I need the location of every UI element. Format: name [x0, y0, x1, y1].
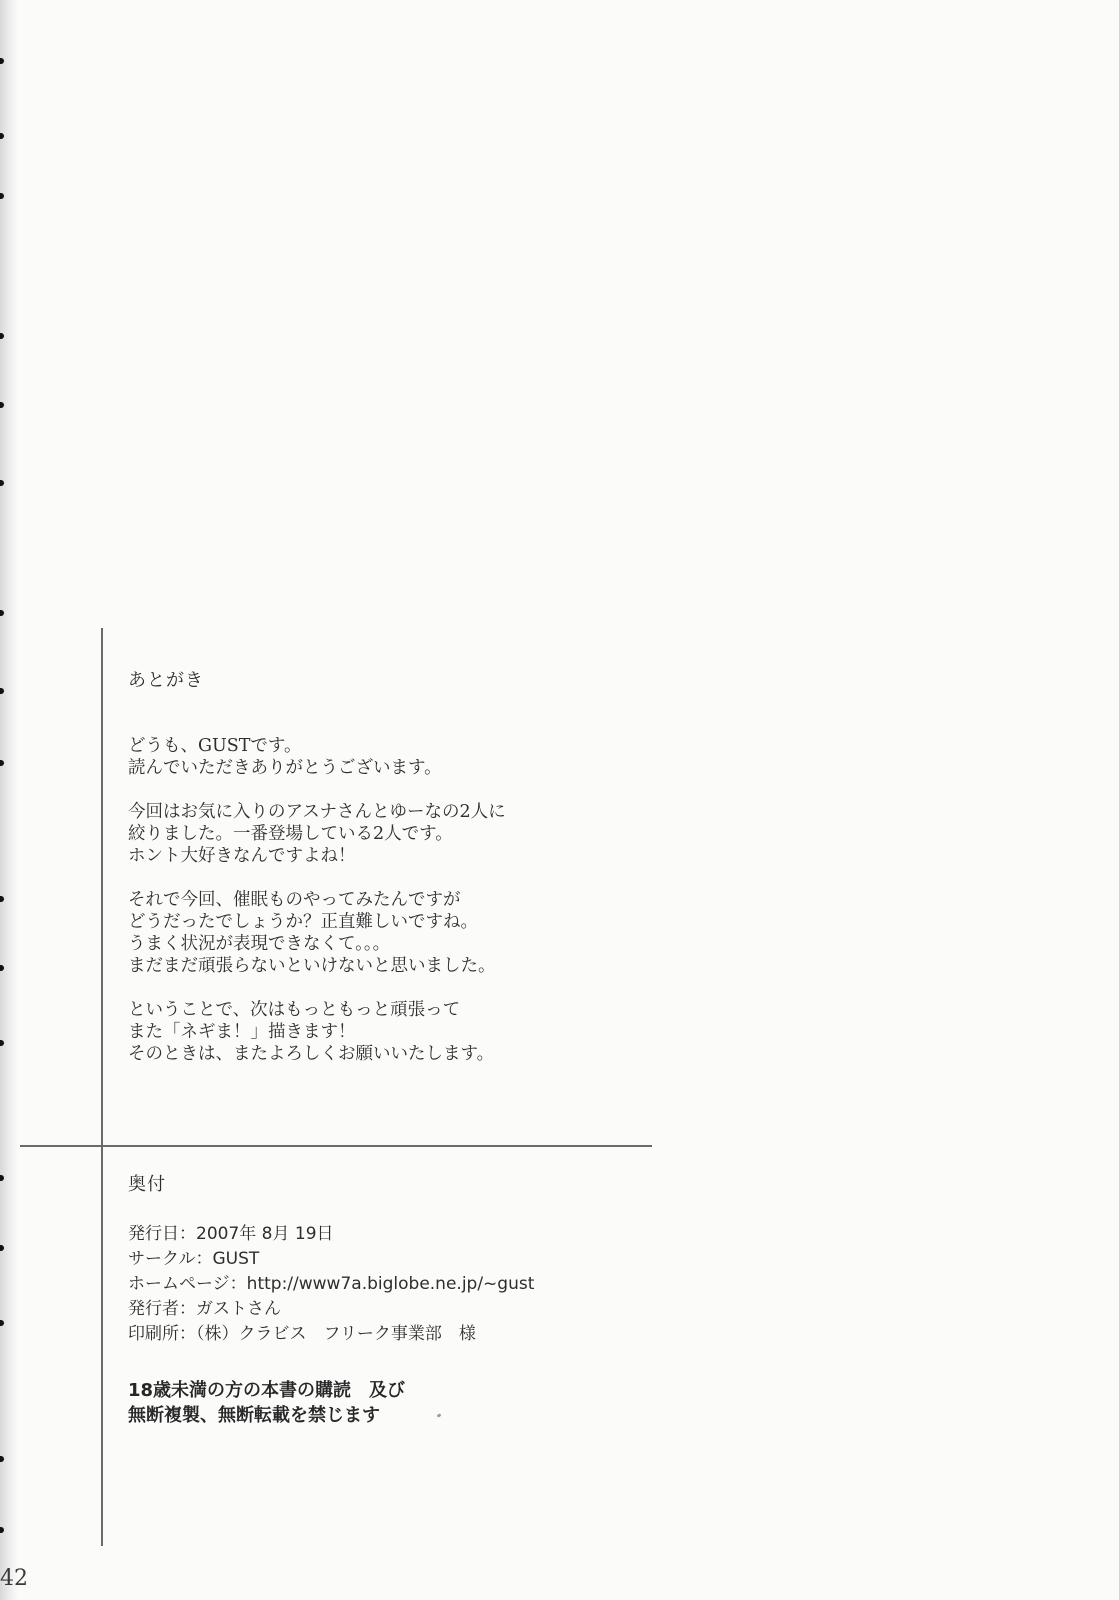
text-line: 絞りました。一番登場している2人です。 — [128, 823, 506, 845]
copyright-notice: 18歳未満の方の本書の購読 及び 無断複製、無断転載を禁じます — [128, 1378, 405, 1428]
text-line: どうだったでしょうか？正直難しいですね。 — [128, 911, 506, 933]
notice-line: 18歳未満の方の本書の購読 及び — [128, 1378, 405, 1403]
row-value: ガストさん — [196, 1299, 281, 1319]
row-label: サークル — [128, 1249, 196, 1269]
afterword-title: あとがき — [128, 666, 204, 692]
text-line: それで今回、催眠ものやってみたんですが — [128, 889, 506, 911]
row-separator: ： — [230, 1274, 247, 1294]
afterword-paragraph: それで今回、催眠ものやってみたんですが どうだったでしょうか？正直難しいですね。… — [128, 889, 506, 977]
horizontal-divider — [20, 1145, 652, 1147]
text-line: うまく状況が表現できなくて。。。 — [128, 933, 506, 955]
colophon-title: 奥付 — [128, 1170, 166, 1196]
afterword-paragraph: どうも、GUSTです。 読んでいただきありがとうございます。 — [128, 735, 506, 779]
row-label: 印刷所 — [128, 1324, 179, 1344]
row-label: ホームページ — [128, 1274, 230, 1294]
text-line: どうも、GUSTです。 — [128, 735, 506, 757]
text-line: また「ネギま！」描きます！ — [128, 1021, 506, 1043]
row-value: GUST — [213, 1249, 260, 1269]
colophon-row-publish-date: 発行日：2007年 8月 19日 — [128, 1222, 534, 1247]
vertical-divider — [101, 628, 103, 1546]
colophon-list: 発行日：2007年 8月 19日 サークル：GUST ホームページ：http:/… — [128, 1222, 534, 1347]
afterword-body: どうも、GUSTです。 読んでいただきありがとうございます。 今回はお気に入りの… — [128, 735, 506, 1087]
text-line: そのときは、またよろしくお願いいたします。 — [128, 1043, 506, 1065]
colophon-row-publisher: 発行者：ガストさん — [128, 1297, 534, 1322]
text-line: ということで、次はもっともっと頑張って — [128, 999, 506, 1021]
row-value: 2007年 8月 19日 — [196, 1224, 334, 1244]
row-separator: ： — [179, 1299, 196, 1319]
text-line: まだまだ頑張らないといけないと思いました。 — [128, 955, 506, 977]
row-separator: ： — [179, 1224, 196, 1244]
colophon-row-printer: 印刷所：（株）クラビス フリーク事業部 様 — [128, 1322, 534, 1347]
row-separator: ： — [196, 1249, 213, 1269]
colophon-row-homepage: ホームページ：http://www7a.biglobe.ne.jp/~gust — [128, 1272, 534, 1297]
homepage-url: http://www7a.biglobe.ne.jp/~gust — [247, 1274, 535, 1294]
row-label: 発行者 — [128, 1299, 179, 1319]
binding-edge — [0, 0, 18, 1600]
colophon-row-circle: サークル：GUST — [128, 1247, 534, 1272]
afterword-paragraph: ということで、次はもっともっと頑張って また「ネギま！」描きます！ そのときは、… — [128, 999, 506, 1065]
row-label: 発行日 — [128, 1224, 179, 1244]
page-number: 42 — [0, 1566, 28, 1591]
notice-line: 無断複製、無断転載を禁じます — [128, 1403, 405, 1428]
text-line: 読んでいただきありがとうございます。 — [128, 757, 506, 779]
scan-speck — [437, 1413, 442, 1418]
text-line: ホント大好きなんですよね！ — [128, 845, 506, 867]
row-separator: ： — [179, 1324, 196, 1344]
row-value: （株）クラビス フリーク事業部 様 — [196, 1324, 476, 1344]
afterword-paragraph: 今回はお気に入りのアスナさんとゆーなの2人に 絞りました。一番登場している2人で… — [128, 801, 506, 867]
text-line: 今回はお気に入りのアスナさんとゆーなの2人に — [128, 801, 506, 823]
